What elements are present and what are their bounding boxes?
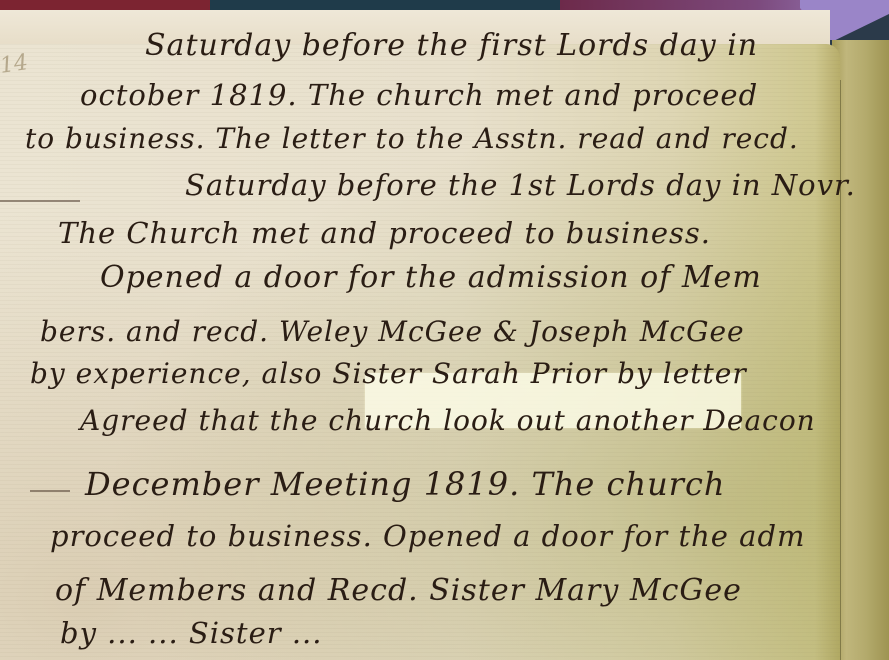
text-line-13-partial: by ... ... Sister ... [60,616,323,650]
text-line-6: Opened a door for the admission of Mem [100,260,762,295]
text-line-3: to business. The letter to the Asstn. re… [25,122,799,155]
margin-rule [30,490,70,492]
text-line-11: proceed to business. Opened a door for t… [50,519,806,553]
text-line-4: Saturday before the 1st Lords day in Nov… [185,168,856,202]
text-line-2: october 1819. The church met and proceed [80,78,758,112]
margin-rule [0,200,80,202]
text-line-12: of Members and Recd. Sister Mary McGee [55,573,742,608]
folio-number: 14 [0,50,30,79]
text-line-8-highlighted: by experience, also Sister Sarah Prior b… [30,357,747,390]
text-line-9: Agreed that the church look out another … [80,404,816,437]
text-line-1: Saturday before the first Lords day in [145,28,758,63]
text-line-7: bers. and recd. Weley McGee & Joseph McG… [40,315,745,348]
text-line-10-heading: December Meeting 1819. The church [85,465,726,503]
text-line-5: The Church met and proceed to business. [58,216,711,250]
